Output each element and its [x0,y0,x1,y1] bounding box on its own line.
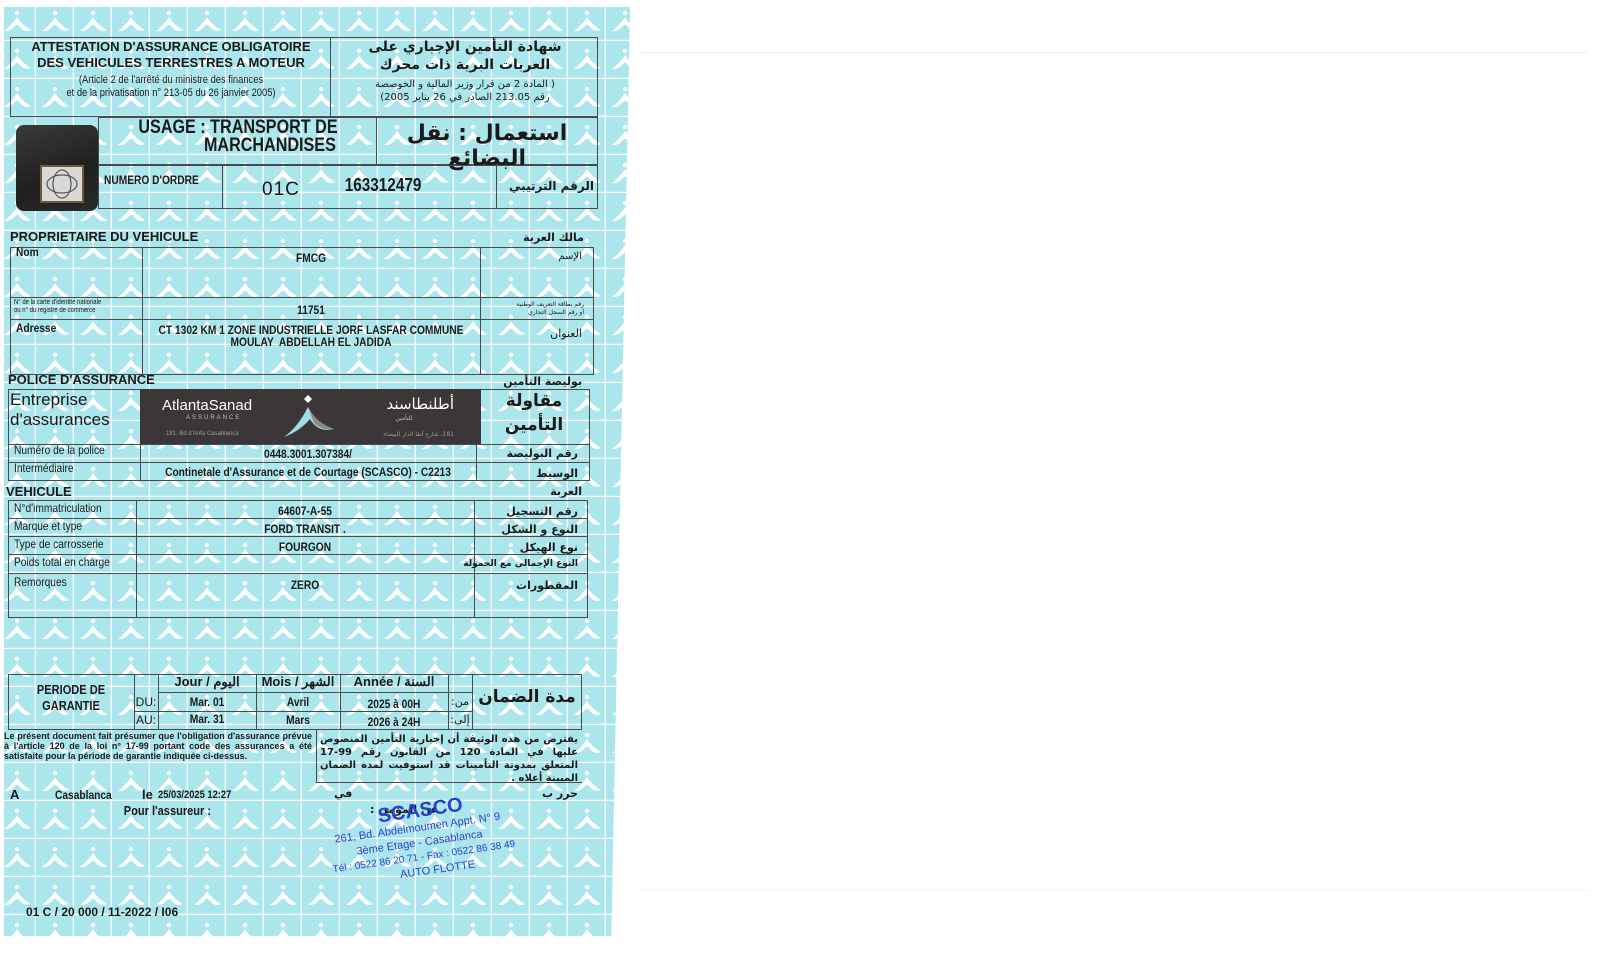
logo-tagline-latin: ASSURANCE [186,415,241,421]
usage-fr-line2: MARCHANDISES [204,135,362,157]
logo-tagline-arabic: للتأمين [374,415,434,422]
vehicle-row-label: Remorques [14,575,67,589]
at-label: A [10,787,19,802]
vehicle-row-value: FOURGON [161,540,448,554]
order-series: 01C [262,179,300,201]
subtitle-ar-line1: ( المادة 2 من قرار وزير المالية و الخوصص… [332,79,598,90]
insurer-label-fr-line1: Entreprise [10,390,87,410]
guarantee-label-fr-line1: PERIODE DE [17,682,124,697]
to-year: 2026 à 24H [348,715,440,729]
insurer-label-fr-line2: d'assurances [10,410,110,430]
policy-number-label-ar: رقم البوليصة [478,447,578,460]
hologram-security-seal [16,125,98,211]
owner-name-label: Nom [16,245,39,259]
subtitle-ar-line2: رقم 213.05 الصادر في 26 يناير 2005) [332,92,598,103]
to-day: Mar. 31 [165,712,248,726]
vehicle-row-label: Type de carrosserie [14,537,104,551]
insurer-label-ar-line2: التأمين [478,415,590,435]
vehicle-row-value: ZERO [161,578,448,592]
owner-id-label-line1: N° de la carte d'identité nationale [14,299,101,306]
intermediary-value: Continetale d'Assurance et de Courtage (… [143,465,473,479]
owner-address-label: Adresse [16,321,56,335]
owner-id-label-ar-line2: أو رقم السجل التجاري [482,309,584,316]
vehicle-row-label: Poids total en charge [14,555,110,569]
owner-address-label-ar: العنوان [482,327,582,340]
col-day-header: Jour / اليوم [158,674,256,690]
order-number-label-fr: NUMERO D'ORDRE [104,173,199,187]
vehicle-section-title-ar: العربة [480,485,582,498]
insurance-certificate: ATTESTATION D'ASSURANCE OBLIGATOIRE DES … [4,7,630,936]
owner-id-value: 11751 [167,303,454,317]
scan-artifact-line [640,52,1588,53]
title-fr-line2: DES VEHICULES TERRESTRES A MOTEUR [12,55,330,70]
to-month: Mars [262,713,333,727]
vehicle-section-title: VEHICULE [6,484,72,499]
from-day: Mar. 01 [165,695,248,709]
title-fr-line1: ATTESTATION D'ASSURANCE OBLIGATOIRE [12,39,330,54]
order-number-value: 163312479 [345,175,422,196]
order-number-label-ar: الرقم الترتيبي [498,179,594,193]
in-label-ar: في [334,787,352,800]
policy-number-label: Numéro de la police [14,443,105,457]
city: Casablanca [55,788,112,802]
scan-artifact-line [640,890,1588,891]
from-year: 2025 à 00H [348,697,440,711]
logo-name-latin: AtlantaSanad [162,397,252,414]
vehicle-row-label-ar: رقم التسجيل [476,505,578,518]
notice-fr: Le présent document fait présumer que l'… [4,731,312,761]
from-label-fr: DU: [134,695,158,709]
owner-address-line2: MOULAY ABDELLAH EL JADIDA [167,335,454,349]
for-insurer-label: Pour l'assureur : [124,803,211,818]
col-year-header: Année / السنة [340,674,448,690]
logo-address-latin: 181, Bd d'Anfa Casablanca [166,431,239,437]
date-label: le [142,787,153,802]
guarantee-label-fr-line2: GARANTIE [17,698,124,713]
vehicle-row-value: 64607-A-55 [161,504,448,518]
intermediary-label: Intermédiaire [14,461,74,475]
policy-number-value: 0448.3001.307384/ [165,447,451,461]
intermediary-label-ar: الوسيط [478,467,578,480]
vehicle-row-label: N°d'immatriculation [14,501,102,515]
issue-date: 25/03/2025 12:27 [158,789,231,801]
from-month: Avril [262,695,333,709]
policy-section-title: POLICE D'ASSURANCE [8,372,155,387]
vehicle-row-value: FORD TRANSIT . [161,522,448,536]
owner-id-label-ar-line1: رقم بطاقة التعريف الوطنية [482,301,584,308]
vehicle-row-label-ar: النوع و الشكل [476,523,578,536]
vehicle-row-label: Marque et type [14,519,82,533]
insurer-logo-atlantasanad: AtlantaSanad ASSURANCE 181, Bd d'Anfa Ca… [140,389,481,444]
form-reference-code: 01 C / 20 000 / 11-2022 / I06 [26,905,178,919]
logo-address-arabic: 181، شارع أنفا الدار البيضاء [350,431,454,438]
vehicle-row-label-ar: النوع الإجمالي مع الحمولة [476,559,578,569]
owner-name-label-ar: الإسم [482,251,582,262]
policy-section-title-ar: بوليصة التأمين [482,375,582,388]
usage-ar: استعمال : نقل البضائع [376,121,598,171]
logo-name-arabic: أطلنطاسند [350,395,454,413]
owner-name-value: FMCG [167,251,454,265]
atlantasanad-caret-icon [278,393,338,444]
subtitle-fr-line1: (Article 2 de l'arrêté du ministre des f… [36,74,306,86]
to-label-ar: إلى: [448,713,472,726]
guarantee-label-ar: مدة الضمان [472,687,582,707]
hologram-emblem-icon [40,165,84,203]
title-ar-line1: شهادة التأمين الإجباري على [332,39,598,55]
to-label-fr: AU: [134,713,158,727]
from-label-ar: من: [448,695,472,708]
title-ar-line2: العربات البرية ذات محرك [332,57,598,73]
insurer-label-ar-line1: مقاولة [478,391,590,411]
vehicle-row-label-ar: المقطورات [476,579,578,592]
vehicle-row-label-ar: نوع الهيكل [476,541,578,554]
owner-section-title-ar: مالك العربة [484,231,584,244]
owner-id-label-line2: ou n° du registre de commerce [14,307,95,314]
col-month-header: Mois / الشهر [256,674,340,690]
subtitle-fr-line2: et de la privatisation n° 213-05 du 26 j… [36,87,306,99]
owner-section-title: PROPRIETAIRE DU VEHICULE [10,229,198,244]
